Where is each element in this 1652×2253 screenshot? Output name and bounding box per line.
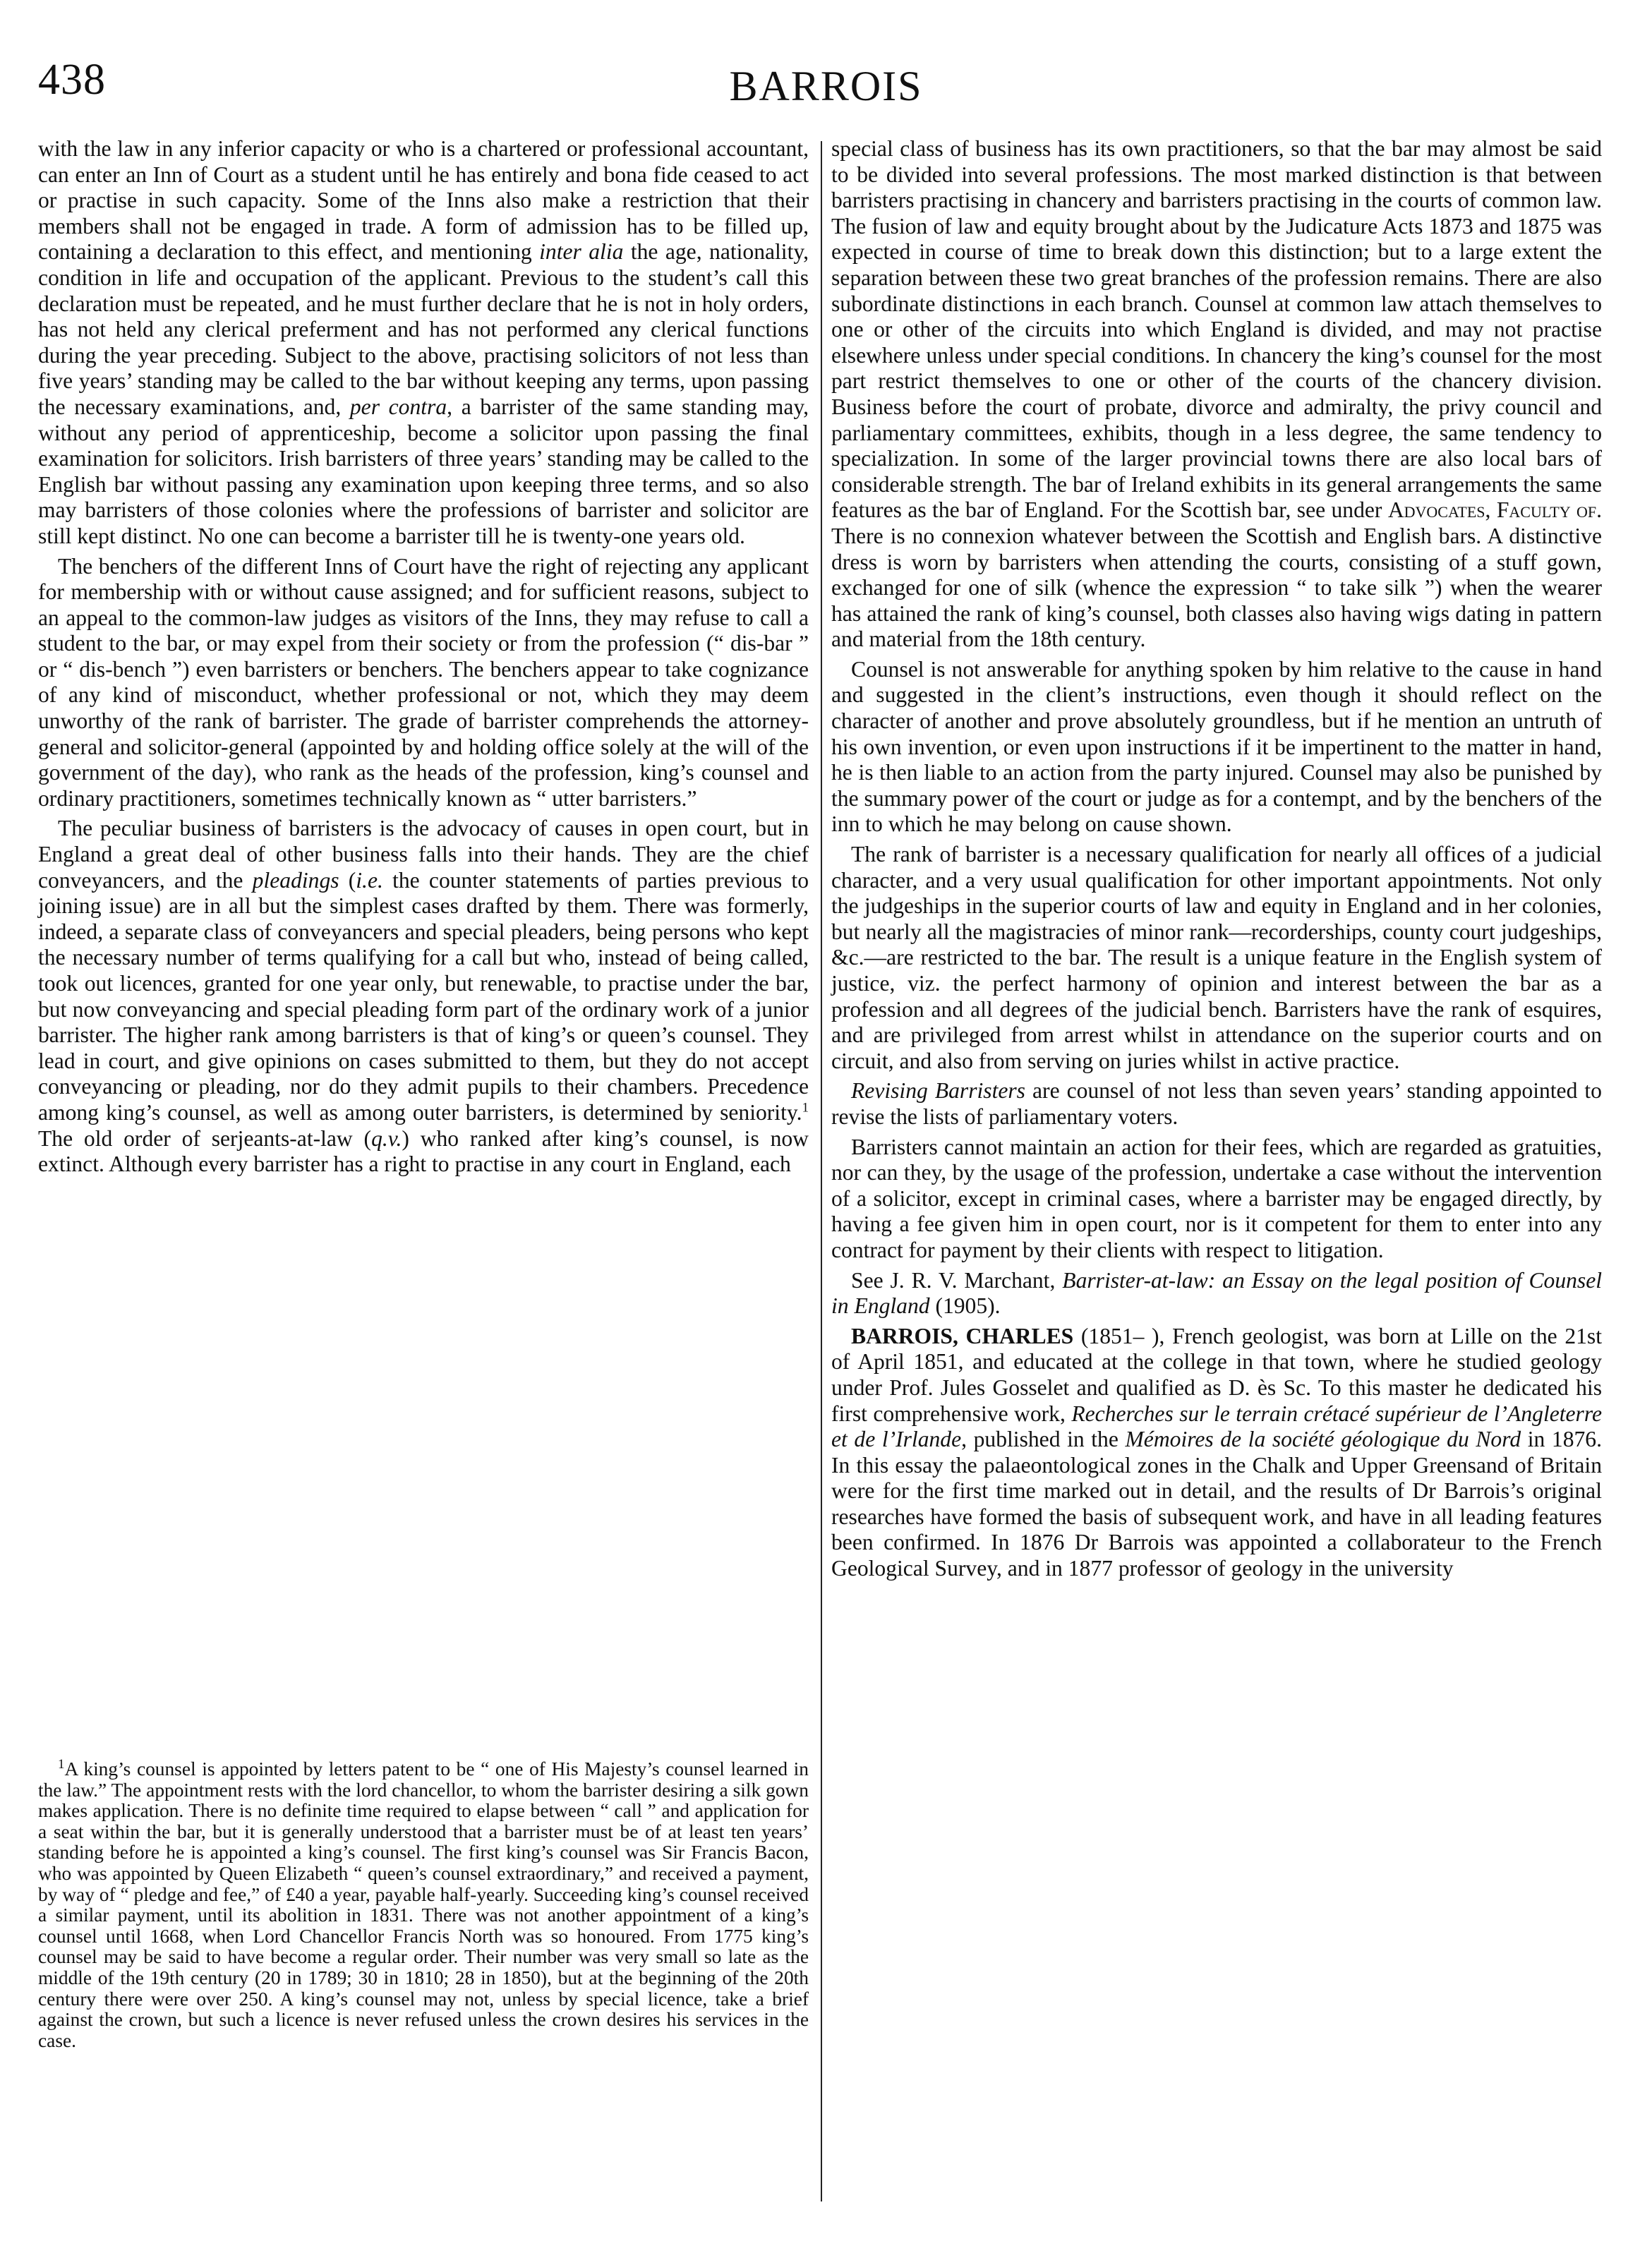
footnotes: 1A king’s counsel is appointed by letter…: [38, 1759, 809, 2051]
paragraph: with the law in any inferior capacity or…: [38, 136, 809, 550]
italic-phrase: inter alia: [539, 239, 623, 264]
text-run: The rank of barrister is a necessary qua…: [831, 842, 1602, 1073]
paragraph: special class of business has its own pr…: [831, 136, 1602, 653]
paragraph: Barristers cannot maintain an action for…: [831, 1135, 1602, 1264]
paragraph: Counsel is not answerable for anything s…: [831, 657, 1602, 838]
italic-phrase: i.e.: [356, 868, 383, 893]
right-column: special class of business has its own pr…: [831, 136, 1602, 1582]
article-headword: BARROIS, CHARLES: [851, 1324, 1073, 1348]
paragraph: BARROIS, CHARLES (1851– ), French geolog…: [831, 1324, 1602, 1582]
cross-reference: Advocates, Faculty of: [1388, 497, 1596, 522]
left-column: with the law in any inferior capacity or…: [38, 136, 809, 1178]
italic-phrase: q.v.: [371, 1126, 402, 1151]
text-run: the counter statements of parties previo…: [38, 868, 809, 1125]
text-run: Counsel is not answerable for anything s…: [831, 657, 1602, 837]
footnote: 1A king’s counsel is appointed by letter…: [38, 1759, 809, 2051]
paragraph: The benchers of the different Inns of Co…: [38, 554, 809, 812]
paragraph: See J. R. V. Marchant, Barrister-at-law:…: [831, 1268, 1602, 1319]
paragraph: The rank of barrister is a necessary qua…: [831, 842, 1602, 1074]
column-divider: [821, 141, 822, 2201]
text-run: (: [339, 868, 356, 893]
text-run: The old order of serjeants-at-law (: [38, 1126, 371, 1151]
running-head: BARROIS: [0, 65, 1652, 107]
italic-phrase: per contra: [350, 394, 447, 419]
footnote-marker: 1: [58, 1757, 65, 1772]
text-run: Barristers cannot maintain an action for…: [831, 1135, 1602, 1262]
paragraph: The peculiar business of barristers is t…: [38, 816, 809, 1177]
paragraph: Revising Barristers are counsel of not l…: [831, 1078, 1602, 1130]
text-run: , published in the: [961, 1427, 1125, 1451]
italic-phrase: Revising Barristers: [851, 1078, 1025, 1103]
text-run: See J. R. V. Marchant,: [851, 1268, 1062, 1293]
footnote-marker: 1: [802, 1100, 809, 1115]
text-run: A king’s counsel is appointed by letters…: [38, 1758, 809, 2051]
text-run: The benchers of the different Inns of Co…: [38, 554, 809, 811]
italic-phrase: Mémoires de la société géologique du Nor…: [1125, 1427, 1521, 1451]
text-run: (1905).: [930, 1293, 1001, 1318]
text-run: special class of business has its own pr…: [831, 136, 1602, 522]
text-run: the age, nationality, condition in life …: [38, 239, 809, 419]
italic-phrase: pleadings: [253, 868, 339, 893]
